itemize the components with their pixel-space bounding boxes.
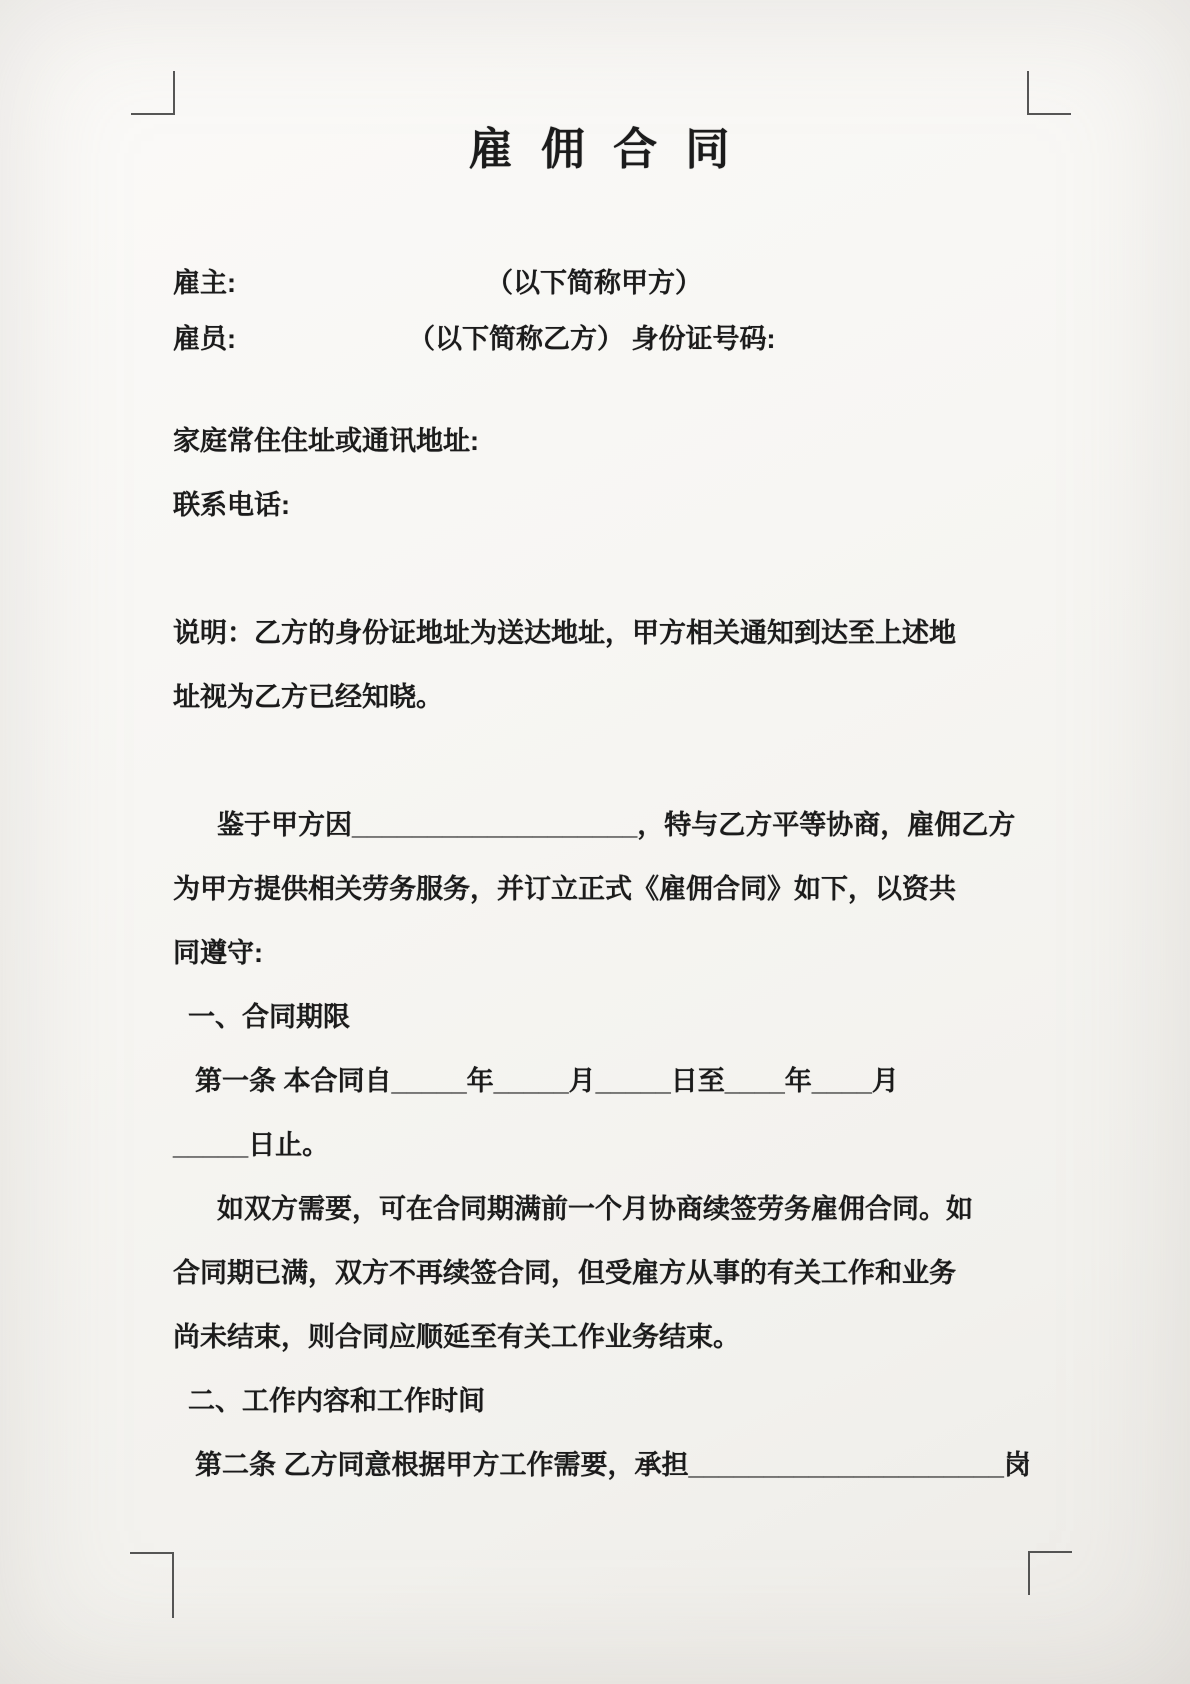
notice-line-2: 址视为乙方已经知晓。: [173, 665, 1033, 729]
contract-title: 雇 佣 合 同: [173, 119, 1033, 181]
preamble-line-1: 鉴于甲方因___________________，特与乙方平等协商，雇佣乙方: [173, 793, 1033, 857]
employer-line: 雇主:（以下简称甲方）: [173, 255, 1033, 311]
employee-line: 雇员:（以下简称乙方） 身份证号码:: [173, 311, 1033, 367]
clause-one-line-1: 第一条 本合同自_____年_____月_____日至____年____月: [173, 1049, 1033, 1113]
phone-line: 联系电话:: [173, 473, 1033, 537]
crop-mark-top-left: [131, 71, 175, 115]
crop-mark-bottom-left: [130, 1552, 174, 1618]
renewal-line-2: 合同期已满，双方不再续签合同，但受雇方从事的有关工作和业务: [173, 1241, 1033, 1305]
employee-fill-space: [236, 347, 408, 348]
preamble-line-2: 为甲方提供相关劳务服务，并订立正式《雇佣合同》如下，以资共: [173, 857, 1033, 921]
employer-fill-space: [236, 291, 486, 292]
clause-two-line-1: 第二条 乙方同意根据甲方工作需要，承担_____________________…: [173, 1433, 1033, 1497]
section-one-heading: 一、合同期限: [173, 985, 1033, 1049]
section-two-heading: 二、工作内容和工作时间: [173, 1369, 1033, 1433]
contract-page: 雇 佣 合 同 雇主:（以下简称甲方） 雇员:（以下简称乙方） 身份证号码: 家…: [0, 0, 1190, 1684]
employee-alias-note: （以下简称乙方） 身份证号码:: [408, 324, 776, 354]
address-line: 家庭常住住址或通讯地址:: [173, 409, 1033, 473]
contract-body: 雇 佣 合 同 雇主:（以下简称甲方） 雇员:（以下简称乙方） 身份证号码: 家…: [173, 0, 1033, 1497]
employer-label: 雇主:: [173, 268, 236, 298]
notice-line-1: 说明：乙方的身份证地址为送达地址，甲方相关通知到达至上述地: [173, 601, 1033, 665]
renewal-line-3: 尚未结束，则合同应顺延至有关工作业务结束。: [173, 1305, 1033, 1369]
renewal-line-1: 如双方需要，可在合同期满前一个月协商续签劳务雇佣合同。如: [173, 1177, 1033, 1241]
clause-one-line-2: _____日止。: [173, 1113, 1033, 1177]
preamble-line-3: 同遵守:: [173, 921, 1033, 985]
crop-mark-bottom-right: [1028, 1551, 1072, 1595]
crop-mark-top-right: [1027, 71, 1071, 115]
employee-label: 雇员:: [173, 324, 236, 354]
employer-alias-note: （以下简称甲方）: [486, 268, 702, 298]
